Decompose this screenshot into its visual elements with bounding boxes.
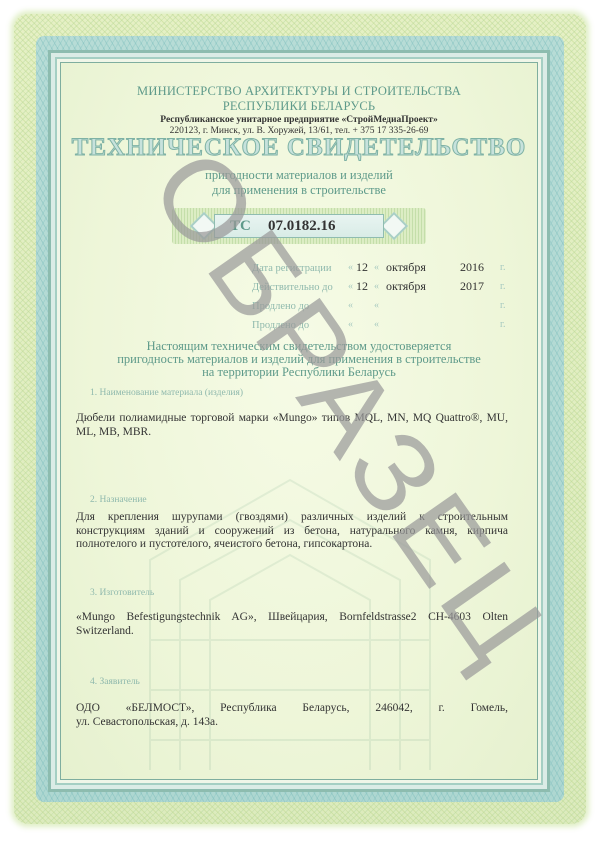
ministry-name: МИНИСТЕРСТВО АРХИТЕКТУРЫ И СТРОИТЕЛЬСТВА… xyxy=(62,84,536,114)
certification-statement: Настоящим техническим свидетельством удо… xyxy=(62,340,536,379)
document-title: ТЕХНИЧЕСКОЕ СВИДЕТЕЛЬСТВО xyxy=(62,134,536,162)
certificate-number-banner: ТС 07.0182.16 xyxy=(172,208,426,244)
dates-block: Дата регистрации « 12 « октября 2016 г. … xyxy=(252,260,536,336)
certificate-number: 07.0182.16 xyxy=(268,218,336,235)
date-row-extended-2: Продлено до « « г. xyxy=(252,317,536,336)
date-row-extended-1: Продлено до « « г. xyxy=(252,298,536,317)
section-text-applicant: ОДО «БЕЛМОСТ», Республика Беларусь, 2460… xyxy=(76,702,508,729)
section-label-purpose: 2. Назначение xyxy=(90,495,147,505)
date-row-registration: Дата регистрации « 12 « октября 2016 г. xyxy=(252,260,536,279)
section-text-material: Дюбели полиамидные торговой марки «Mungo… xyxy=(76,412,508,439)
document-subtitle: пригодности материалов и изделий для при… xyxy=(62,168,536,198)
tc-label: ТС xyxy=(230,218,251,235)
section-label-material: 1. Наименование материала (изделия) xyxy=(90,388,243,398)
section-label-manufacturer: 3. Изготовитель xyxy=(90,588,154,598)
section-text-purpose: Для крепления шурупами (гвоздями) различ… xyxy=(76,511,508,552)
date-row-valid-until: Действительно до « 12 « октября 2017 г. xyxy=(252,279,536,298)
section-label-applicant: 4. Заявитель xyxy=(90,677,140,687)
section-text-manufacturer: «Mungo Befestigungstechnik AG», Швейцари… xyxy=(76,611,508,638)
certificate-content: МИНИСТЕРСТВО АРХИТЕКТУРЫ И СТРОИТЕЛЬСТВА… xyxy=(62,64,536,778)
